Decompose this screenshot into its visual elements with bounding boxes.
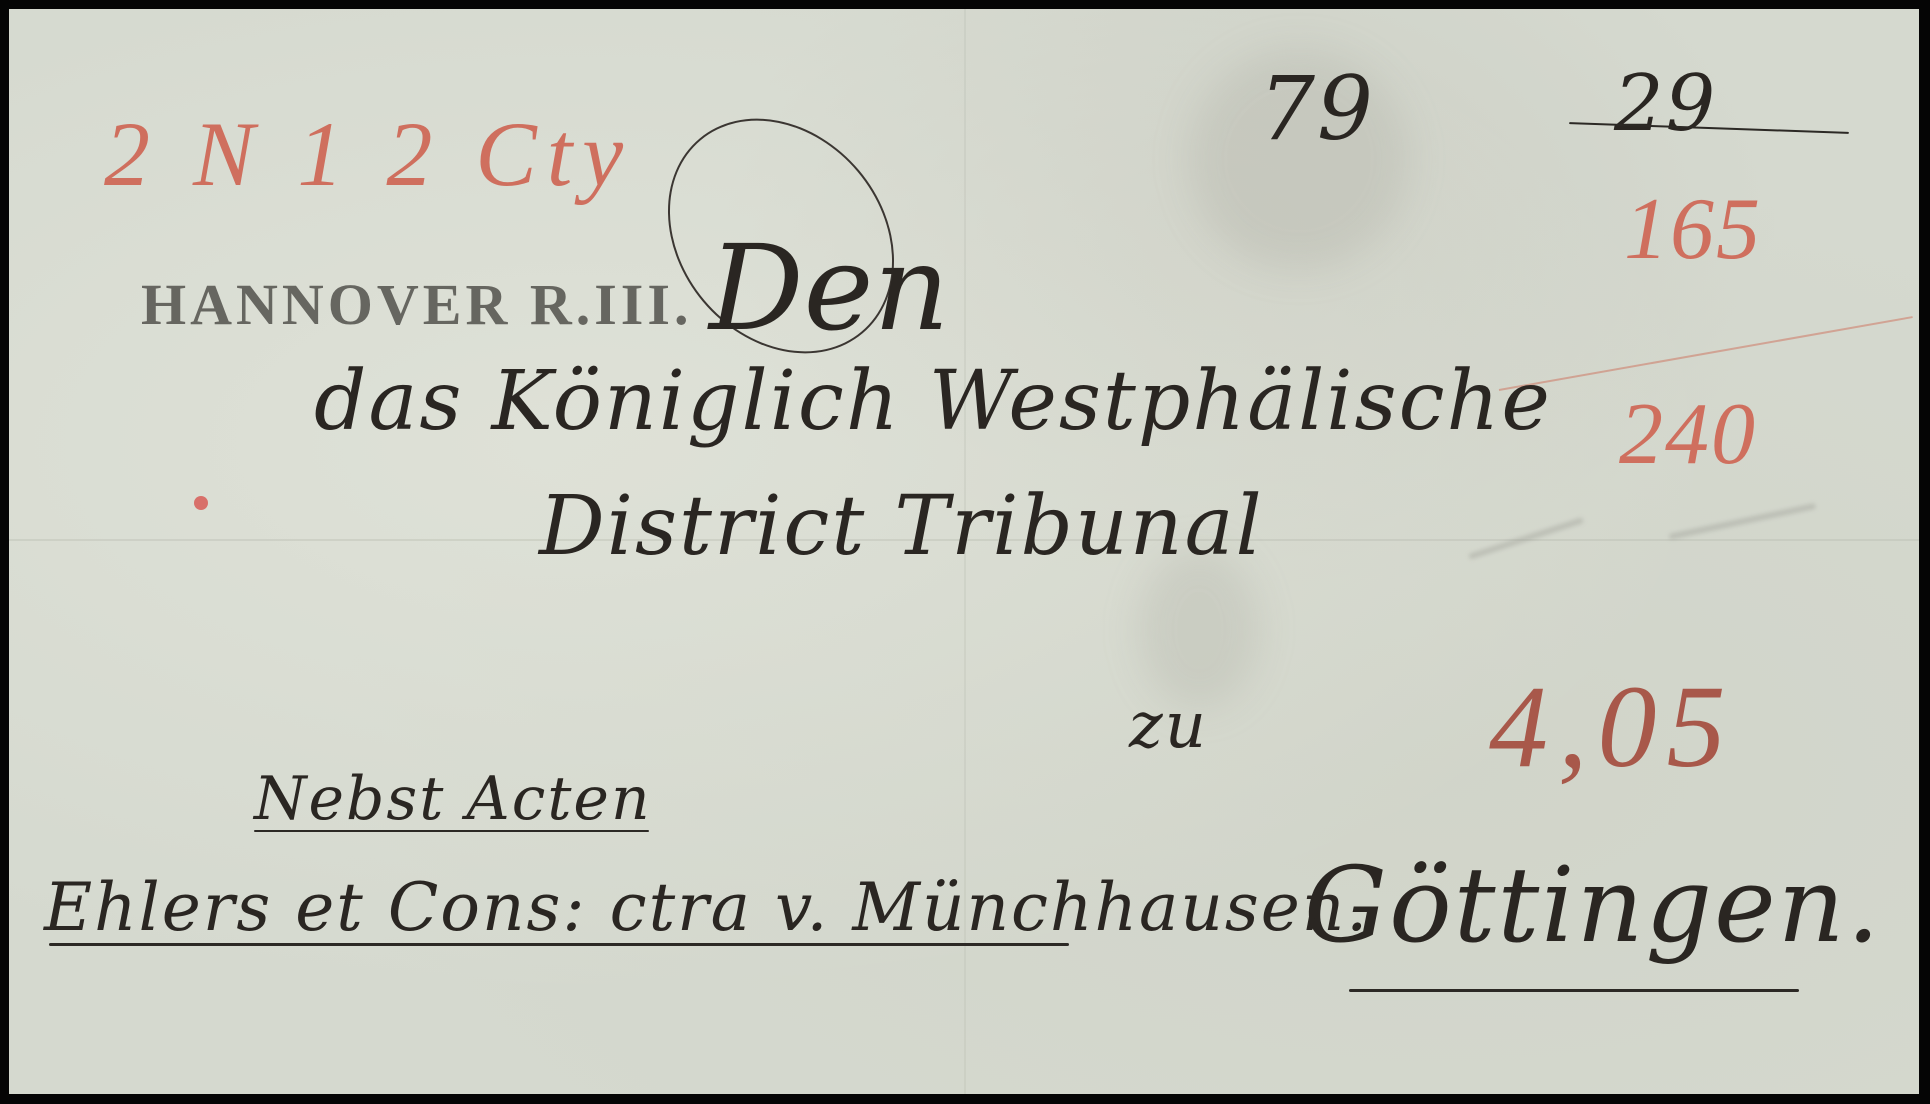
red-rate-mark: 2 N 1 2 Cty <box>104 101 633 207</box>
destination-city: Göttingen. <box>1304 844 1882 966</box>
red-divider-line <box>1499 316 1913 391</box>
address-line-3: zu <box>1129 689 1208 763</box>
docket-underline-1 <box>254 830 649 832</box>
red-dot-mark <box>194 496 208 510</box>
docket-underline-2 <box>49 943 1069 946</box>
docket-line-1: Nebst Acten <box>254 764 652 834</box>
docket-line-2: Ehlers et Cons: ctra v. Münchhausen. <box>44 869 1369 946</box>
red-total-rate: 4,05 <box>1489 659 1736 795</box>
postmark-stamp: HANNOVER R.III. <box>141 271 692 338</box>
handwritten-number-right: 29 <box>1614 59 1717 149</box>
red-rate-upper: 165 <box>1624 179 1762 280</box>
address-line-1: das Königlich Westphälische <box>314 354 1552 449</box>
salutation-text: Den <box>709 219 949 357</box>
red-rate-lower: 240 <box>1619 384 1757 485</box>
handwritten-number-left: 79 <box>1259 57 1375 160</box>
city-underline <box>1349 989 1799 992</box>
address-line-2: District Tribunal <box>539 479 1264 574</box>
letter-cover: 2 N 1 2 Cty HANNOVER R.III. 79 29 165 24… <box>9 9 1919 1094</box>
pencil-mark <box>1668 503 1816 540</box>
